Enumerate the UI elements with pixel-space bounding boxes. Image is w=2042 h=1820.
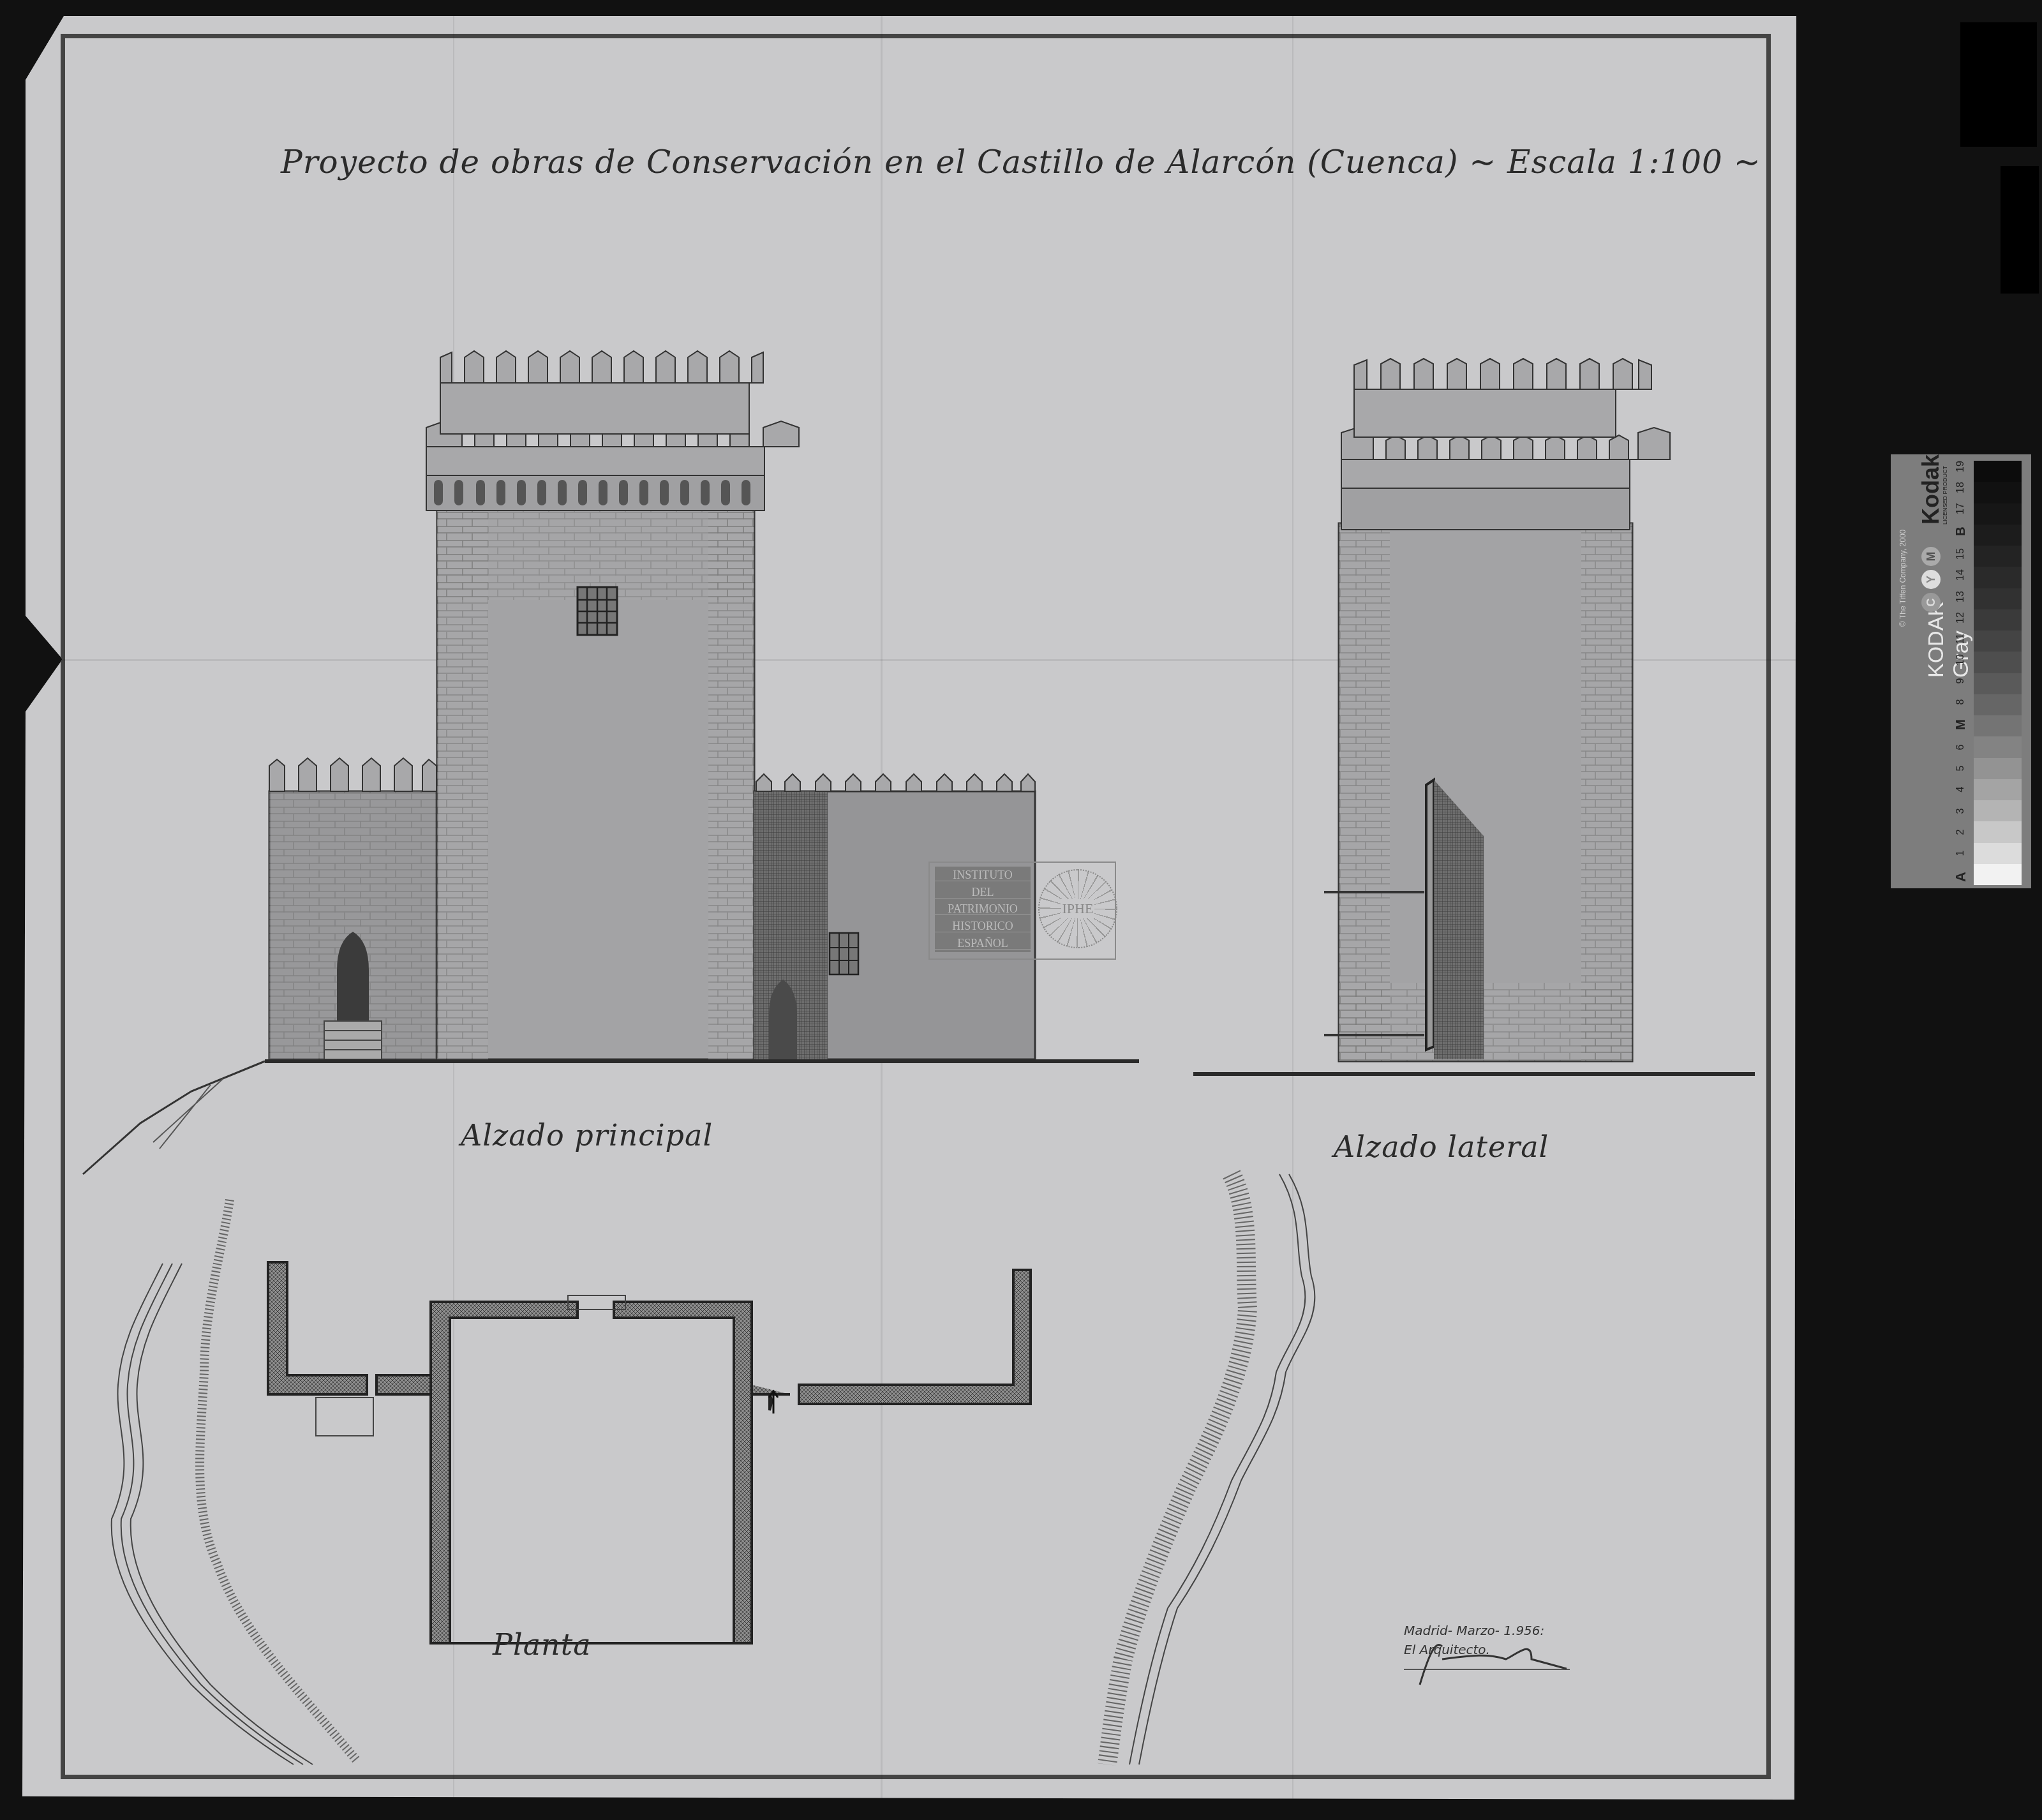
river-left: [112, 1200, 357, 1764]
floor-plan: [268, 1262, 1031, 1643]
scan-mask-block: [2001, 166, 2039, 294]
kodak-brand-sub: LICENSED PRODUCT: [1942, 466, 1948, 525]
gray-patch: [1974, 694, 2022, 715]
gray-patch: [1974, 588, 2022, 609]
scan-mask-block: [1960, 22, 2037, 147]
kodak-gray-scale: © The Tiffen Company, 2000 KODAK Gray Sc…: [1891, 454, 2031, 888]
gray-patch: [1974, 736, 2022, 757]
signature-block: Madrid- Marzo- 1.956: El Arquitecto.: [1404, 1621, 1544, 1659]
gray-patch: [1974, 800, 2022, 821]
principal-elevation: [83, 351, 1139, 1174]
iphe-stamp: INSTITUTO DEL PATRIMONIO HISTORICO ESPAÑ…: [928, 862, 1116, 960]
gray-patch: [1974, 630, 2022, 652]
gray-patch: [1974, 864, 2022, 885]
gray-patch: [1974, 821, 2022, 842]
gray-patch: [1974, 482, 2022, 503]
caption-principal: Alzado principal: [461, 1118, 713, 1152]
signature-place-date: Madrid- Marzo- 1.956:: [1404, 1621, 1544, 1640]
gray-patch: [1974, 715, 2022, 736]
gray-patch: [1974, 779, 2022, 800]
gray-patch: [1974, 461, 2022, 482]
gray-patch: [1974, 503, 2022, 525]
caption-lateral: Alzado lateral: [1334, 1130, 1549, 1164]
channel-c-icon: C: [1921, 593, 1941, 612]
patch-labels: A 1 2 3 4 5 6 M 8 9 10 11 12 13 14 15 B …: [1951, 461, 1971, 885]
gray-patch: [1974, 673, 2022, 694]
river-center: [1107, 1174, 1315, 1764]
channel-m-icon: M: [1921, 547, 1941, 566]
signature-role: El Arquitecto.: [1404, 1640, 1544, 1659]
gray-patch: [1974, 652, 2022, 673]
stamp-text-block: INSTITUTO DEL PATRIMONIO HISTORICO ESPAÑ…: [935, 867, 1031, 952]
cym-channels: M Y C: [1921, 547, 1941, 612]
caption-plan: Planta: [493, 1627, 592, 1662]
barred-window: [578, 587, 617, 635]
iphe-logo-icon: IPHE: [1038, 869, 1117, 948]
gray-patch: [1974, 525, 2022, 546]
lateral-elevation: [1193, 359, 1755, 1074]
gray-patch: [1974, 758, 2022, 779]
kodak-copyright: © The Tiffen Company, 2000: [1898, 530, 1907, 627]
channel-y-icon: Y: [1921, 570, 1941, 589]
gray-patch: [1974, 567, 2022, 588]
kodak-brand: Kodak: [1918, 454, 1944, 525]
gray-patch: [1974, 546, 2022, 567]
gray-patch: [1974, 843, 2022, 864]
gray-patch-strip: [1974, 461, 2022, 885]
gray-patch: [1974, 609, 2022, 630]
